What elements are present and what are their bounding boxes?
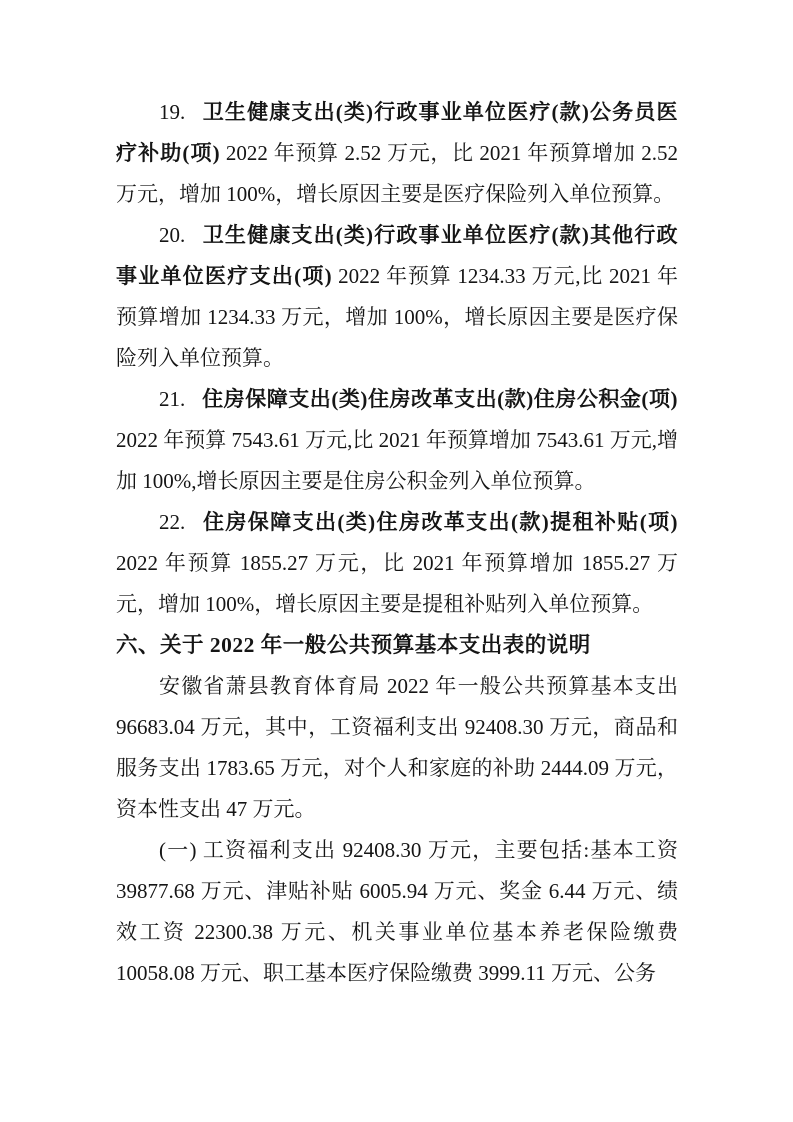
item-22-title: 住房保障支出(类)住房改革支出(款)提租补贴(项) — [202, 510, 678, 534]
item-19-number: 19. — [159, 100, 185, 124]
document-page: 19.卫生健康支出(类)行政事业单位医疗(款)公务员医疗补助(项) 2022 年… — [0, 0, 793, 1122]
document-content: 19.卫生健康支出(类)行政事业单位医疗(款)公务员医疗补助(项) 2022 年… — [116, 92, 678, 994]
section-six-heading: 六、关于 2022 年一般公共预算基本支出表的说明 — [116, 625, 678, 666]
budget-item-21: 21.住房保障支出(类)住房改革支出(款)住房公积金(项) 2022 年预算 7… — [116, 379, 678, 502]
item-22-number: 22. — [159, 510, 185, 534]
budget-item-20: 20.卫生健康支出(类)行政事业单位医疗(款)其他行政事业单位医疗支出(项) 2… — [116, 215, 678, 379]
budget-item-19: 19.卫生健康支出(类)行政事业单位医疗(款)公务员医疗补助(项) 2022 年… — [116, 92, 678, 215]
item-21-title: 住房保障支出(类)住房改革支出(款)住房公积金(项) — [202, 387, 678, 411]
item-21-number: 21. — [159, 387, 185, 411]
budget-item-22: 22.住房保障支出(类)住房改革支出(款)提租补贴(项) 2022 年预算 18… — [116, 502, 678, 625]
section-six-paragraph-wage-welfare: (一) 工资福利支出 92408.30 万元，主要包括:基本工资 39877.6… — [116, 830, 678, 994]
item-22-body: 2022 年预算 1855.27 万元，比 2021 年预算增加 1855.27… — [116, 551, 678, 616]
item-21-body: 2022 年预算 7543.61 万元,比 2021 年预算增加 7543.61… — [116, 428, 678, 493]
item-20-number: 20. — [159, 223, 185, 247]
section-six-paragraph-overview: 安徽省萧县教育体育局 2022 年一般公共预算基本支出 96683.04 万元，… — [116, 666, 678, 830]
